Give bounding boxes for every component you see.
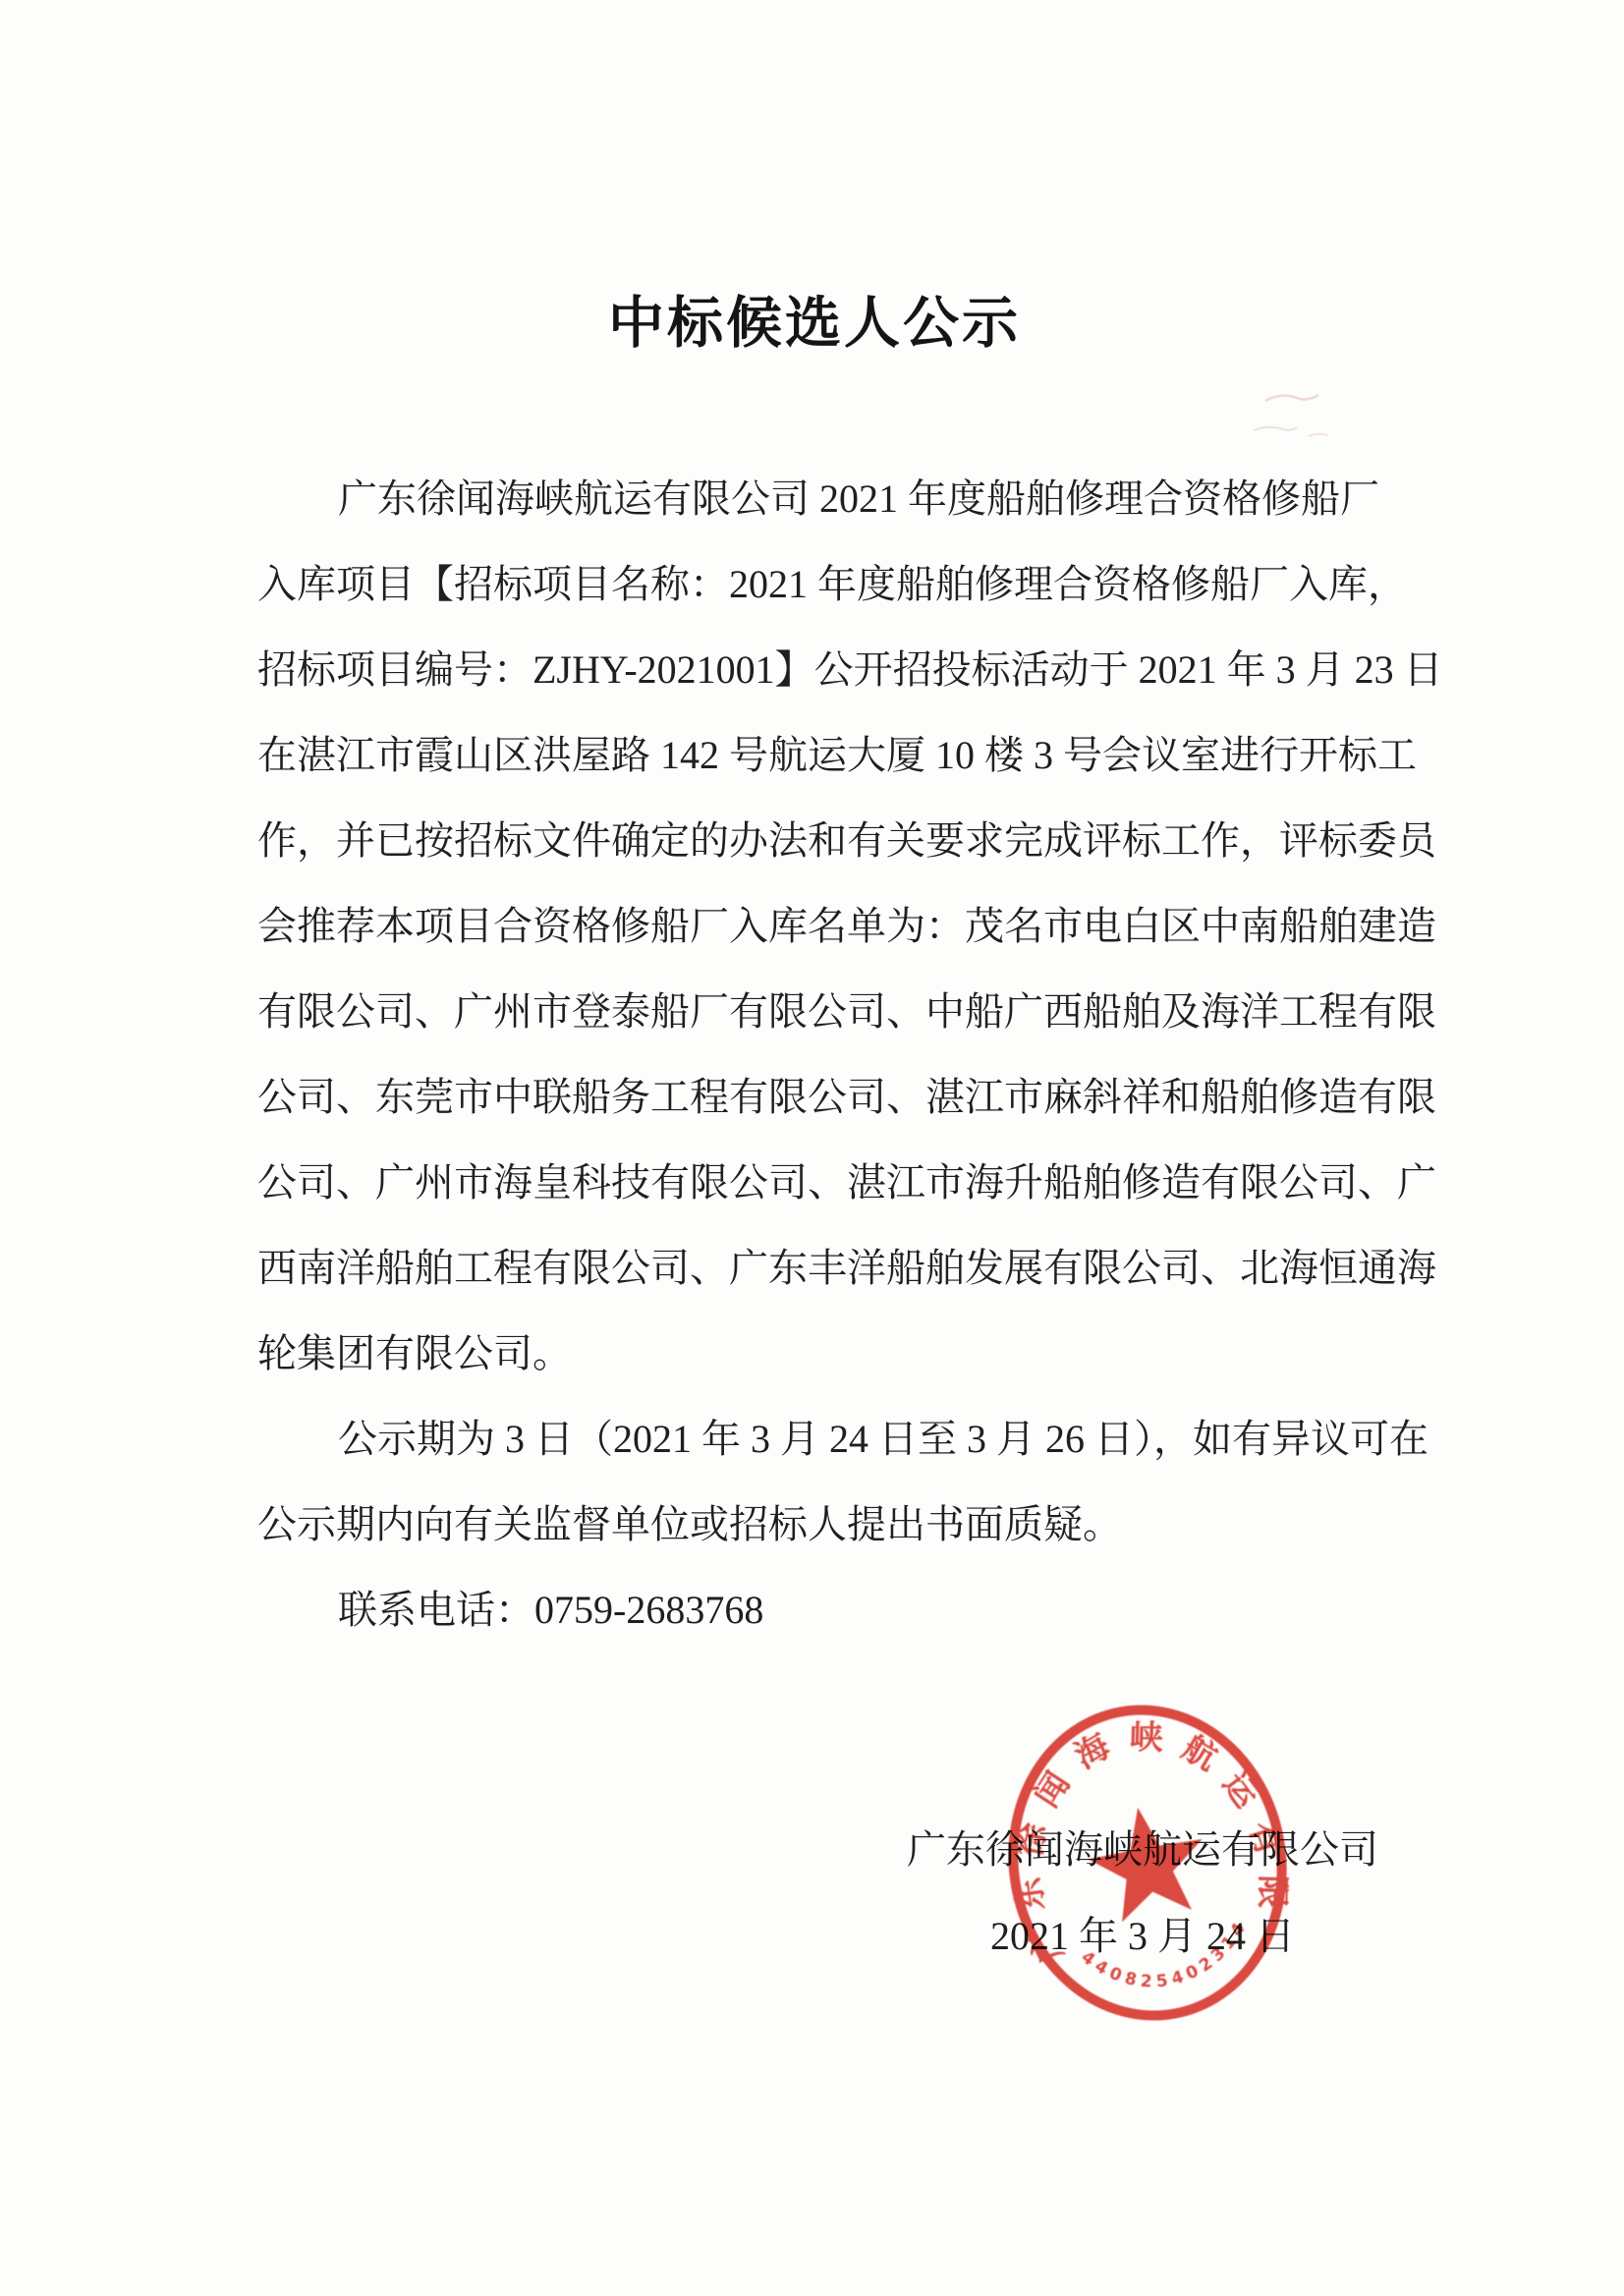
seal-star-icon bbox=[1081, 1798, 1214, 1927]
body-line: 入库项目【招标项目名称：2021 年度船舶修理合资格修船厂入库， bbox=[257, 541, 1372, 627]
company-seal: 广东徐闻海峡航运有限公司 4408254023143 bbox=[971, 1670, 1323, 2055]
body-line: 有限公司、广州市登泰船厂有限公司、中船广西船舶及海洋工程有限 bbox=[257, 969, 1372, 1054]
body-line: 作，并已按招标文件确定的办法和有关要求完成评标工作，评标委员 bbox=[257, 798, 1372, 883]
body-line: 轮集团有限公司。 bbox=[257, 1311, 1372, 1396]
document-body: 中标候选人公示 广东徐闻海峡航运有限公司 2021 年度船舶修理合资格修船厂 入… bbox=[257, 291, 1372, 1652]
body-line: 公司、广州市海皇科技有限公司、湛江市海升船舶修造有限公司、广 bbox=[257, 1140, 1372, 1225]
body-line: 公示期为 3 日（2021 年 3 月 24 日至 3 月 26 日），如有异议… bbox=[257, 1396, 1372, 1482]
scanned-document-page: 中标候选人公示 广东徐闻海峡航运有限公司 2021 年度船舶修理合资格修船厂 入… bbox=[0, 0, 1624, 2296]
document-title: 中标候选人公示 bbox=[257, 291, 1372, 358]
body-line: 在湛江市霞山区洪屋路 142 号航运大厦 10 楼 3 号会议室进行开标工 bbox=[257, 712, 1372, 798]
body-text: 广东徐闻海峡航运有限公司 2021 年度船舶修理合资格修船厂 入库项目【招标项目… bbox=[257, 456, 1372, 1652]
body-line: 公司、东莞市中联船务工程有限公司、湛江市麻斜祥和船舶修造有限 bbox=[257, 1054, 1372, 1140]
ink-smudge bbox=[1240, 385, 1358, 456]
body-line: 西南洋船舶工程有限公司、广东丰洋船舶发展有限公司、北海恒通海 bbox=[257, 1225, 1372, 1311]
body-line: 会推荐本项目合资格修船厂入库名单为：茂名市电白区中南船舶建造 bbox=[257, 883, 1372, 969]
body-line: 公示期内向有关监督单位或招标人提出书面质疑。 bbox=[257, 1482, 1372, 1567]
contact-phone-line: 联系电话：0759-2683768 bbox=[257, 1567, 1372, 1652]
body-line: 招标项目编号：ZJHY-2021001】公开招投标活动于 2021 年 3 月 … bbox=[257, 627, 1372, 712]
body-line: 广东徐闻海峡航运有限公司 2021 年度船舶修理合资格修船厂 bbox=[257, 456, 1372, 541]
